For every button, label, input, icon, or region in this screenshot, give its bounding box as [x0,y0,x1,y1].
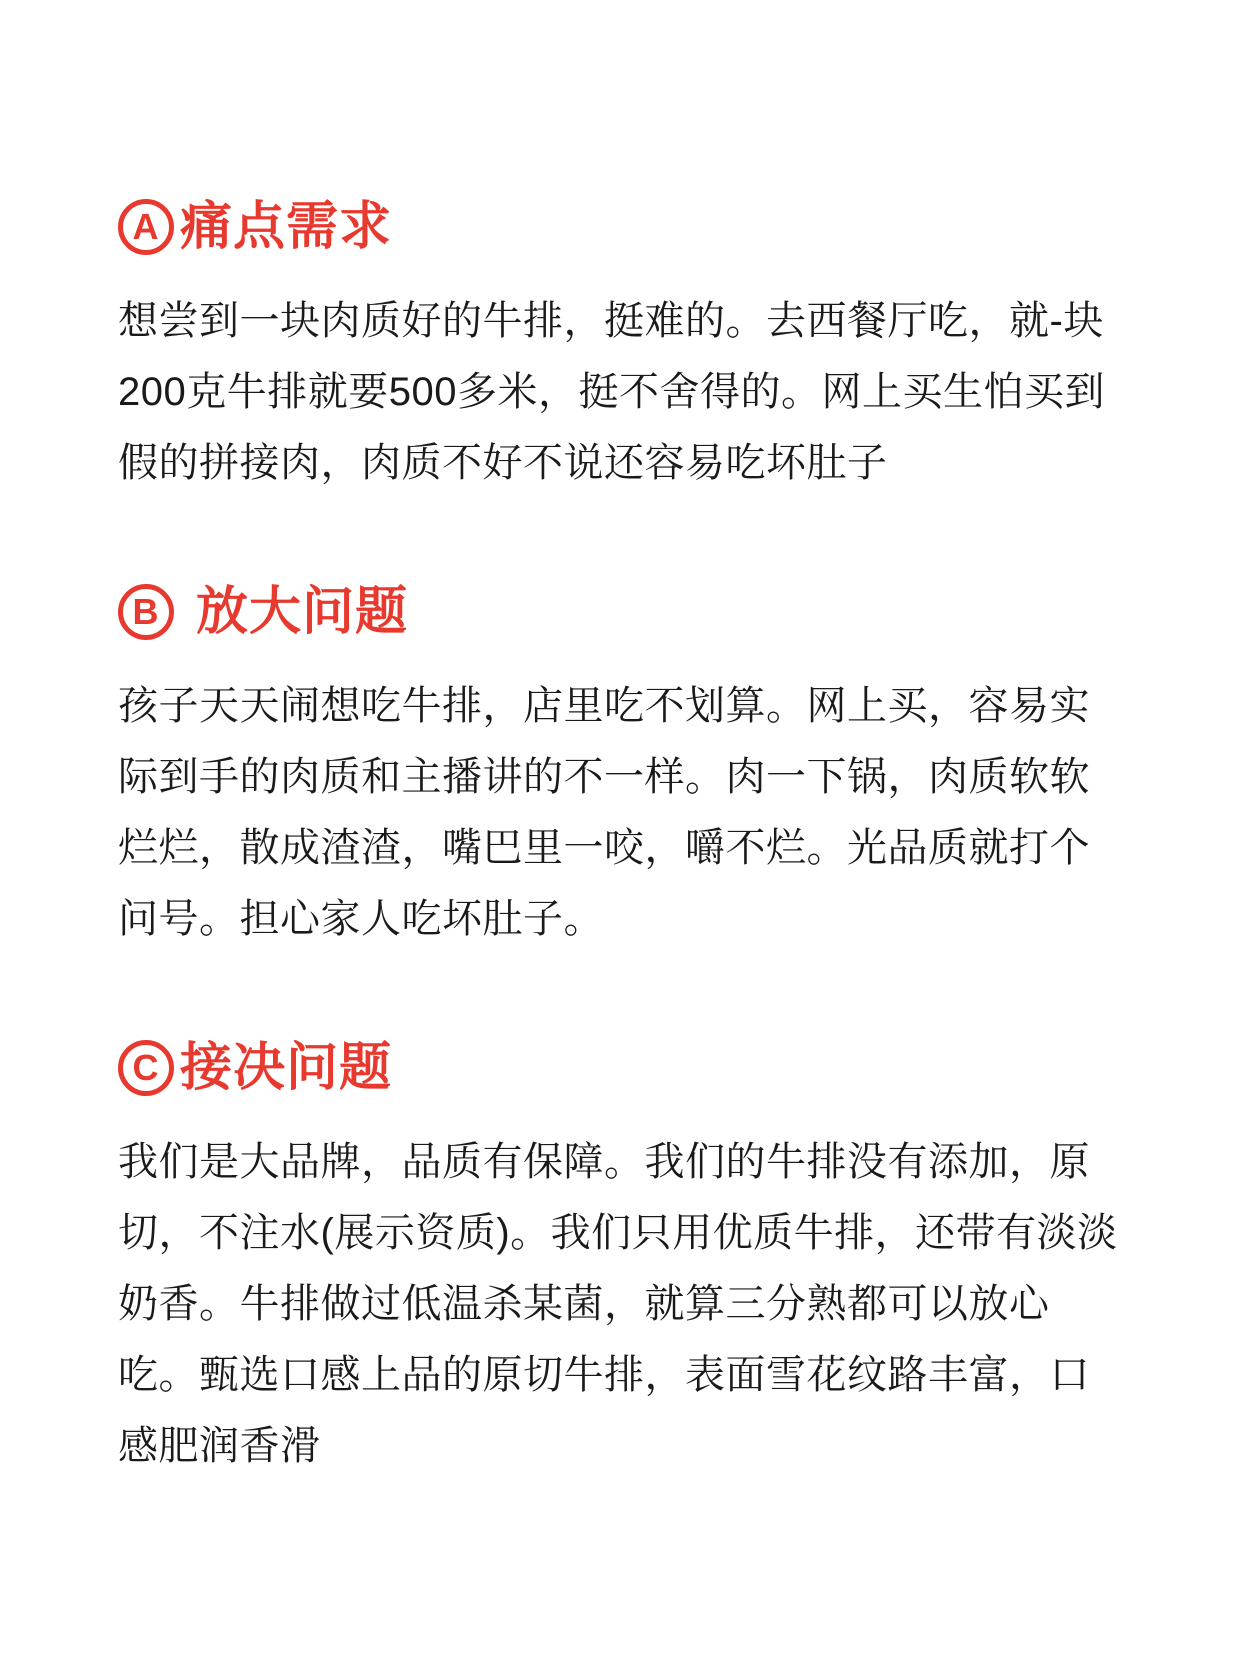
circled-c-icon: C [118,1040,174,1096]
text-line: 切，不注水(展示资质)。我们只用优质牛排，还带有淡淡 [118,1198,1152,1269]
text-line: 烂烂，散成渣渣，嘴巴里一咬，嚼不烂。光品质就打个 [118,813,1152,884]
section-b-heading: B 放大问题 [118,581,1152,643]
section-a-title: 痛点需求 [180,196,392,258]
section-solve-problem: C 接决问题 我们是大品牌，品质有保障。我们的牛排没有添加，原 切，不注水(展示… [118,1037,1152,1482]
section-c-heading: C 接决问题 [118,1037,1152,1099]
text-line: 际到手的肉质和主播讲的不一样。肉一下锅，肉质软软 [118,742,1152,813]
text-line: 孩子天天闹想吃牛排，店里吃不划算。网上买，容易实 [118,671,1152,742]
text-line: 问号。担心家人吃坏肚子。 [118,884,1152,955]
text-line: 想尝到一块肉质好的牛排，挺难的。去西餐厅吃，就-块 [118,286,1152,357]
text-line: 感肥润香滑 [118,1411,1152,1482]
section-pain-points: A 痛点需求 想尝到一块肉质好的牛排，挺难的。去西餐厅吃，就-块 200克牛排就… [118,196,1152,499]
text-line: 吃。甄选口感上品的原切牛排，表面雪花纹路丰富，口 [118,1340,1152,1411]
section-amplify-problem: B 放大问题 孩子天天闹想吃牛排，店里吃不划算。网上买，容易实 际到手的肉质和主… [118,581,1152,955]
circled-b-icon: B [118,584,174,640]
document-page: A 痛点需求 想尝到一块肉质好的牛排，挺难的。去西餐厅吃，就-块 200克牛排就… [0,0,1242,1660]
text-line: 假的拼接肉，肉质不好不说还容易吃坏肚子 [118,428,1152,499]
section-a-body: 想尝到一块肉质好的牛排，挺难的。去西餐厅吃，就-块 200克牛排就要500多米，… [118,286,1152,499]
section-b-body: 孩子天天闹想吃牛排，店里吃不划算。网上买，容易实 际到手的肉质和主播讲的不一样。… [118,671,1152,955]
section-c-title: 接决问题 [180,1037,392,1099]
section-a-heading: A 痛点需求 [118,196,1152,258]
text-line: 我们是大品牌，品质有保障。我们的牛排没有添加，原 [118,1127,1152,1198]
text-line: 200克牛排就要500多米，挺不舍得的。网上买生怕买到 [118,357,1152,428]
section-c-body: 我们是大品牌，品质有保障。我们的牛排没有添加，原 切，不注水(展示资质)。我们只… [118,1127,1152,1482]
section-b-title: 放大问题 [196,581,408,643]
circled-a-icon: A [118,199,174,255]
text-line: 奶香。牛排做过低温杀某菌，就算三分熟都可以放心 [118,1269,1152,1340]
